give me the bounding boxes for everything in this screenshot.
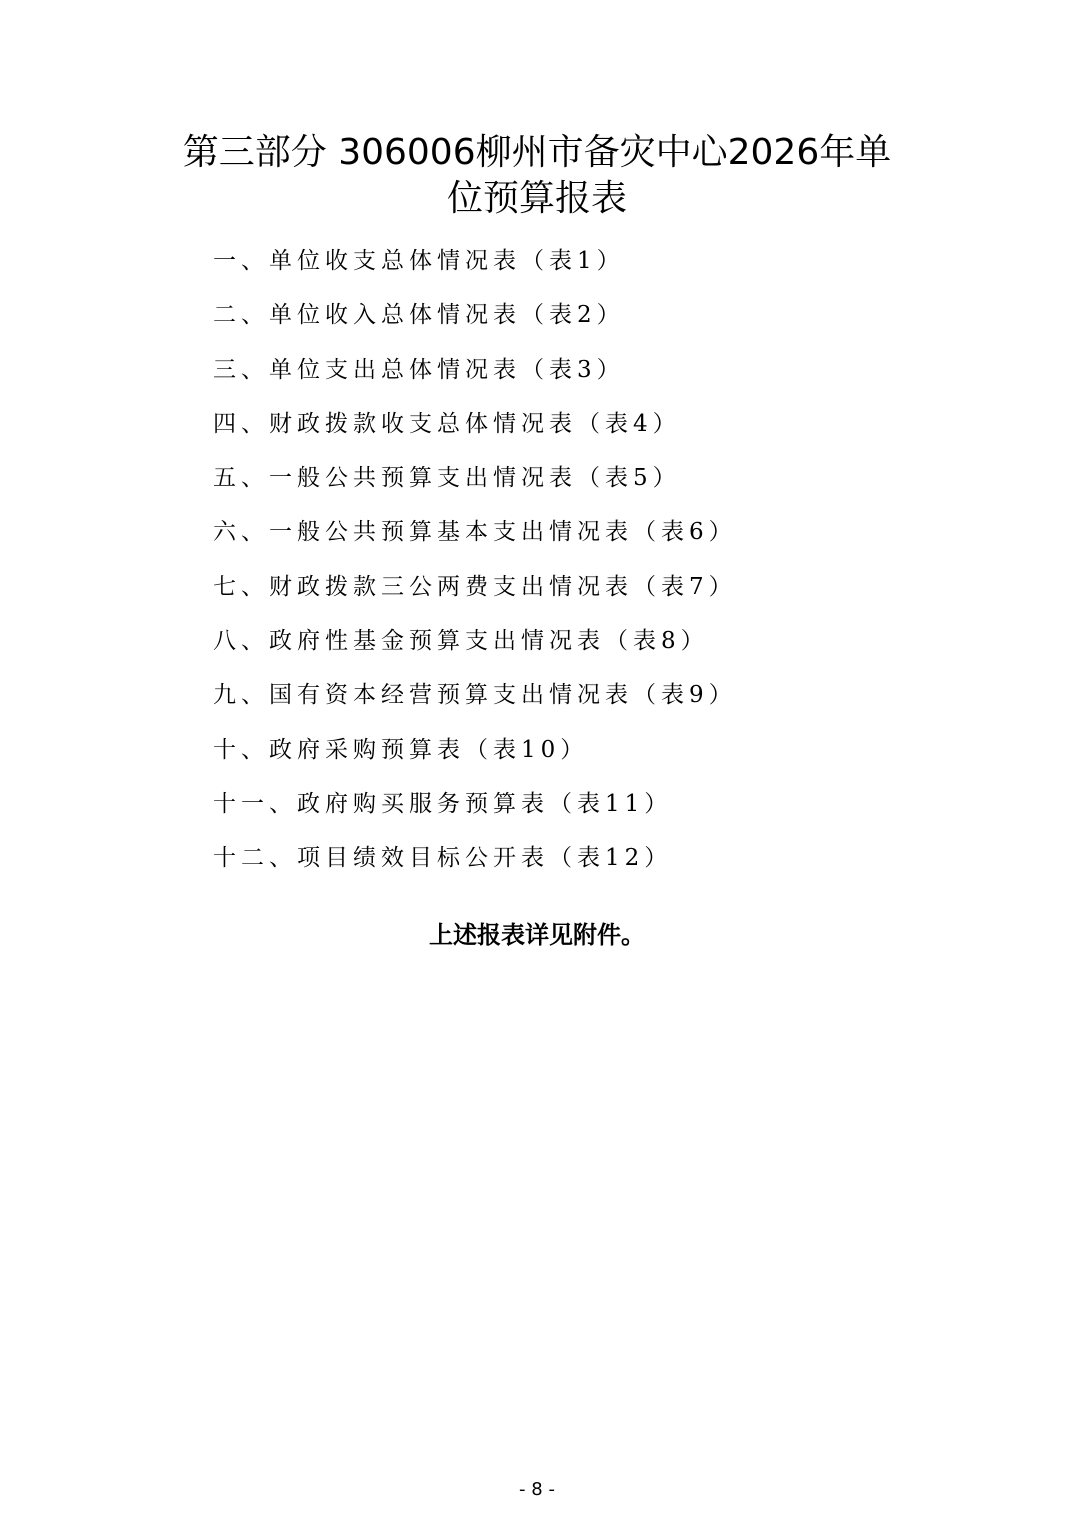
toc-item: 八、政府性基金预算支出情况表（表8） [213, 620, 737, 674]
document-page: 第三部分 306006柳州市备灾中心2026年单 位预算报表 一、单位收支总体情… [0, 0, 1074, 1520]
toc-item: 十一、政府购买服务预算表（表11） [213, 783, 737, 837]
toc-item: 三、单位支出总体情况表（表3） [213, 349, 737, 403]
toc-item: 七、财政拨款三公两费支出情况表（表7） [213, 566, 737, 620]
table-of-contents: 一、单位收支总体情况表（表1） 二、单位收入总体情况表（表2） 三、单位支出总体… [213, 240, 737, 892]
toc-item: 五、一般公共预算支出情况表（表5） [213, 457, 737, 511]
title-line-2: 位预算报表 [0, 176, 1074, 222]
title-line-1: 第三部分 306006柳州市备灾中心2026年单 [0, 130, 1074, 176]
page-title: 第三部分 306006柳州市备灾中心2026年单 位预算报表 [0, 130, 1074, 222]
toc-item: 一、单位收支总体情况表（表1） [213, 240, 737, 294]
toc-item: 六、一般公共预算基本支出情况表（表6） [213, 511, 737, 565]
toc-item: 四、财政拨款收支总体情况表（表4） [213, 403, 737, 457]
toc-item: 十二、项目绩效目标公开表（表12） [213, 837, 737, 891]
toc-item: 十、政府采购预算表（表10） [213, 729, 737, 783]
page-number: - 8 - [0, 1478, 1074, 1502]
attachment-note: 上述报表详见附件。 [0, 915, 1074, 955]
toc-item: 二、单位收入总体情况表（表2） [213, 294, 737, 348]
toc-item: 九、国有资本经营预算支出情况表（表9） [213, 674, 737, 728]
